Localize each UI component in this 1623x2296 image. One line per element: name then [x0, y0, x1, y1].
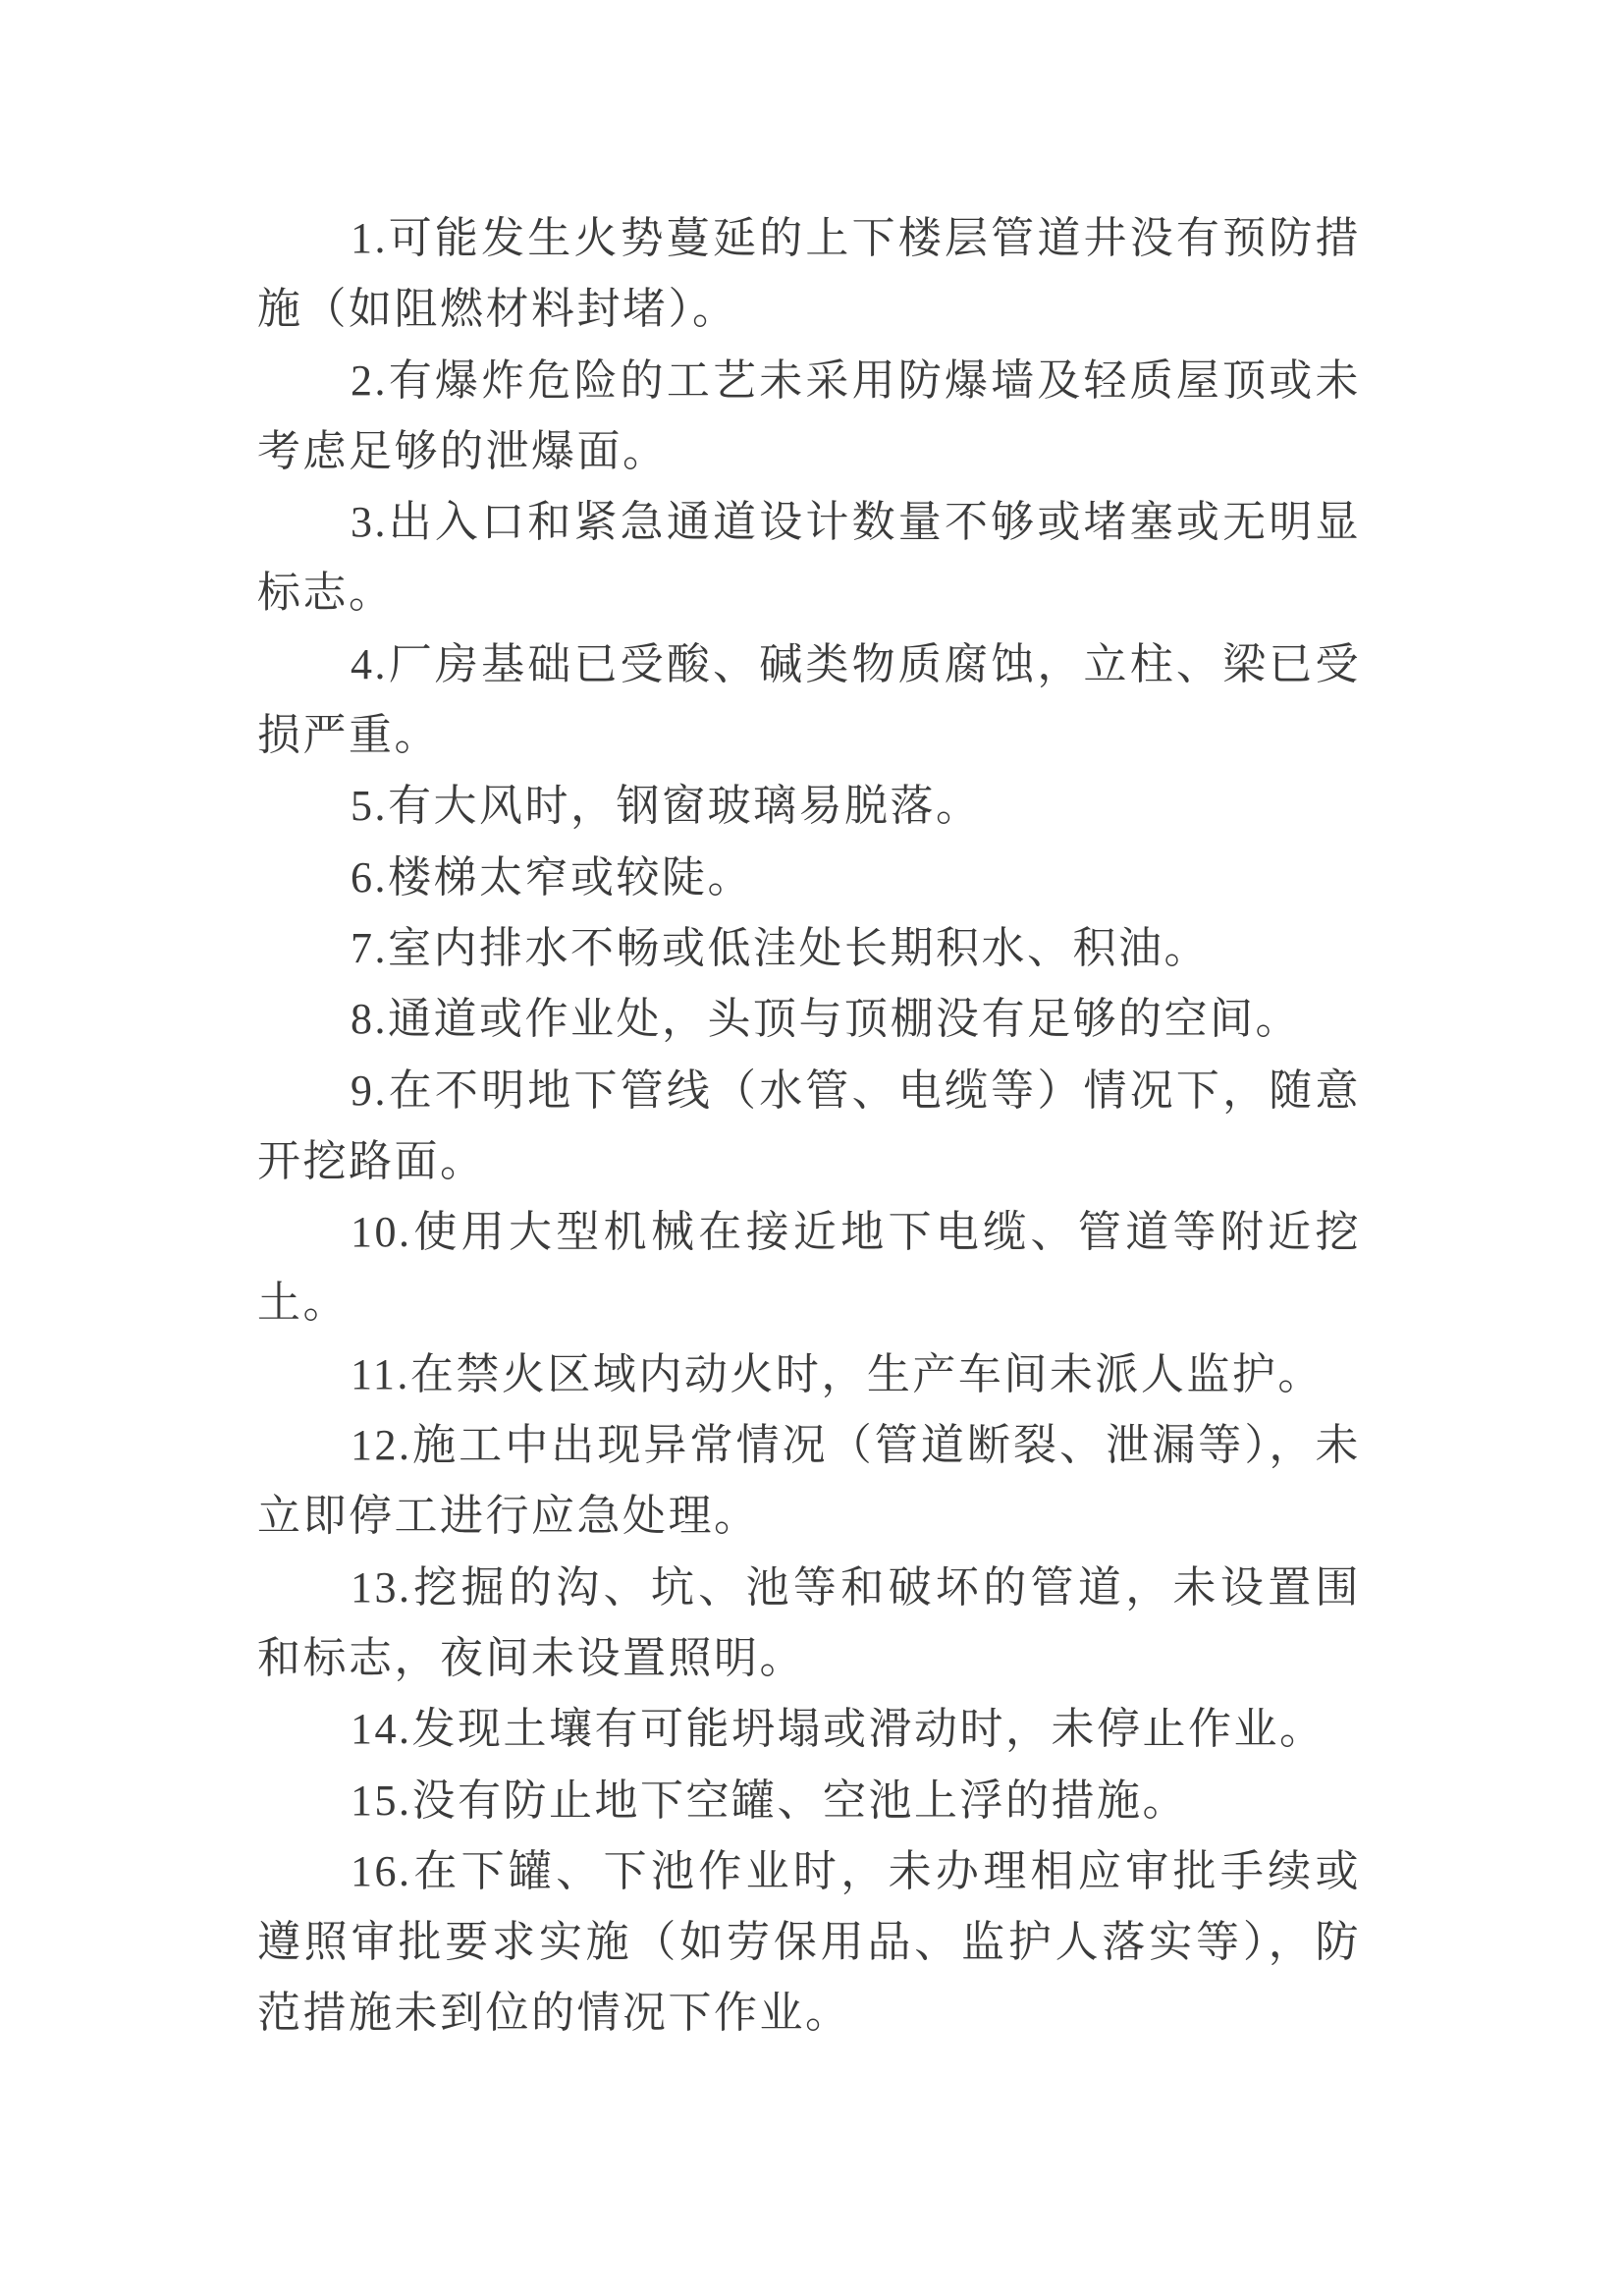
text-line: 10.使用大型机械在接近地下电缆、管道等附近挖: [257, 1197, 1361, 1268]
text-line: 立即停工进行应急处理。: [257, 1481, 1361, 1552]
text-line: 土。: [257, 1268, 1361, 1339]
text-line: 范措施未到位的情况下作业。: [257, 1978, 1361, 2049]
text-line: 施（如阻燃材料封堵）。: [257, 274, 1361, 345]
text-line: 6.楼梯太窄或较陡。: [257, 843, 1361, 913]
text-line: 13.挖掘的沟、坑、池等和破坏的管道，未设置围栏: [257, 1553, 1361, 1623]
text-line: 5.有大风时，钢窗玻璃易脱落。: [257, 771, 1361, 842]
text-line: 3.出入口和紧急通道设计数量不够或堵塞或无明显: [257, 487, 1361, 558]
text-line: 9.在不明地下管线（水管、电缆等）情况下，随意: [257, 1056, 1361, 1126]
text-line: 考虑足够的泄爆面。: [257, 416, 1361, 487]
text-line: 标志。: [257, 558, 1361, 629]
numbered-list-text-block: 1.可能发生火势蔓延的上下楼层管道井没有预防措 施（如阻燃材料封堵）。 2.有爆…: [257, 203, 1361, 2050]
text-line: 4.厂房基础已受酸、碱类物质腐蚀，立柱、梁已受: [257, 629, 1361, 700]
text-line: 和标志，夜间未设置照明。: [257, 1623, 1361, 1694]
text-line: 12.施工中出现异常情况（管道断裂、泄漏等），未: [257, 1410, 1361, 1481]
document-page: 1.可能发生火势蔓延的上下楼层管道井没有预防措 施（如阻燃材料封堵）。 2.有爆…: [0, 0, 1623, 2296]
text-line: 损严重。: [257, 700, 1361, 771]
text-line: 11.在禁火区域内动火时，生产车间未派人监护。: [257, 1339, 1361, 1410]
text-line: 8.通道或作业处，头顶与顶棚没有足够的空间。: [257, 984, 1361, 1055]
text-line: 遵照审批要求实施（如劳保用品、监护人落实等），防: [257, 1907, 1361, 1978]
text-line: 1.可能发生火势蔓延的上下楼层管道井没有预防措: [257, 203, 1361, 274]
text-line: 开挖路面。: [257, 1126, 1361, 1197]
text-line: 2.有爆炸危险的工艺未采用防爆墙及轻质屋顶或未: [257, 346, 1361, 416]
text-line: 16.在下罐、下池作业时，未办理相应审批手续或未: [257, 1836, 1361, 1907]
text-line: 7.室内排水不畅或低洼处长期积水、积油。: [257, 913, 1361, 984]
text-line: 15.没有防止地下空罐、空池上浮的措施。: [257, 1766, 1361, 1836]
text-line: 14.发现土壤有可能坍塌或滑动时，未停止作业。: [257, 1694, 1361, 1765]
